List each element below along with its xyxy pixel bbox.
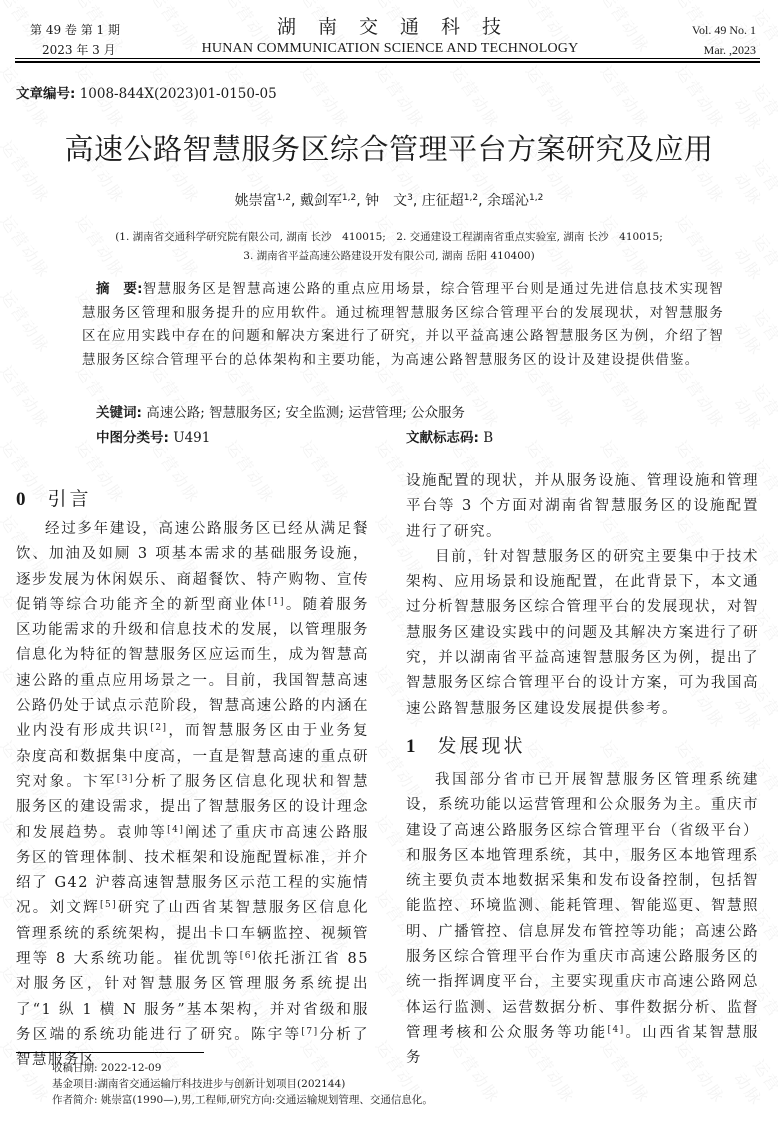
journal-name-cn: 湖南交通科技: [195, 14, 585, 40]
paragraph: 目前，针对智慧服务区的研究主要集中于技术架构、应用场景和设施配置，在此背景下，本…: [406, 545, 759, 722]
section-number: 1: [406, 736, 416, 757]
clc-label: 中图分类号:: [96, 430, 169, 446]
citation-ref[interactable]: [1]: [268, 597, 285, 607]
citation-ref[interactable]: [3]: [117, 774, 134, 784]
body-column-right-top: 设施配置的现状，并从服务设施、管理设施和管理平台等 3 个方面对湖南省智慧服务区…: [406, 469, 759, 722]
watermark-text: 运营动脉: [146, 435, 206, 507]
affiliation-line: (1. 湖南省交通科学研究院有限公司, 湖南 长沙 410015; 2. 交通建…: [0, 228, 778, 247]
keywords-label: 关键词:: [96, 405, 142, 421]
author: 戴剑军: [300, 193, 342, 209]
received-date: 收稿日期: 2022-12-09: [52, 1060, 433, 1076]
journal-name-en: HUNAN COMMUNICATION SCIENCE AND TECHNOLO…: [195, 40, 585, 58]
author: 余瑶沁: [487, 193, 529, 209]
volume-issue: 第 49 卷 第 1 期: [30, 20, 120, 40]
watermark-text: 运营动脉: [296, 435, 356, 507]
watermark-text: 运营动脉: [671, 60, 731, 132]
watermark-text: 运营动脉: [371, 60, 431, 132]
citation-ref[interactable]: [6]: [240, 951, 257, 961]
abstract-text: 智慧服务区是智慧高速公路的重点应用场景，综合管理平台则是通过先进信息技术实现智慧…: [82, 281, 724, 368]
citation-ref[interactable]: [4]: [167, 825, 184, 835]
journal-volume-en: Vol. 49 No. 1 Mar. ,2023: [692, 20, 756, 60]
paragraph: 经过多年建设，高速公路服务区已经从满足餐饮、加油及如厕 3 项基本需求的基础服务…: [16, 517, 369, 1074]
abstract: 摘 要:智慧服务区是智慧高速公路的重点应用场景，综合管理平台则是通过先进信息技术…: [82, 278, 724, 372]
paragraph: 我国部分省市已开展智慧服务区管理系统建设，系统功能以运营管理和公众服务为主。重庆…: [406, 768, 759, 1072]
article-number-label: 文章编号:: [16, 86, 75, 102]
keywords: 关键词: 高速公路; 智慧服务区; 安全监测; 运营管理; 公众服务: [96, 401, 465, 421]
article-number: 文章编号: 1008-844X(2023)01-0150-05: [16, 82, 277, 102]
section-number: 0: [16, 489, 26, 510]
watermark-text: 运营动脉: [0, 360, 56, 432]
watermark-text: 运营动脉: [0, 285, 56, 357]
section-title: 发展现状: [438, 735, 526, 757]
author-affiliation-mark: 1,2: [529, 193, 543, 203]
author-bio: 作者简介: 姚崇富(1990—),男,工程师,研究方向:交通运输规划管理、交通信…: [52, 1092, 433, 1108]
date-en: Mar. ,2023: [692, 40, 756, 60]
author-affiliation-mark: 1,2: [342, 193, 356, 203]
header-rule-thick: [15, 61, 760, 63]
author: 姚崇富: [235, 193, 277, 209]
header-rule-thin: [15, 58, 760, 59]
section-title: 引言: [48, 488, 92, 510]
watermark-text: 运营动脉: [221, 435, 281, 507]
author-affiliation-mark: 3: [407, 193, 413, 203]
classification: 中图分类号: U491 文献标志码: B: [96, 426, 596, 446]
watermark-text: 运营动脉: [729, 379, 778, 437]
watermark-text: 运营动脉: [729, 304, 778, 362]
author-affiliation-mark: 1,2: [277, 193, 291, 203]
footnotes: 收稿日期: 2022-12-09 基金项目:湖南省交通运输厅科技进步与创新计划项…: [52, 1060, 433, 1108]
fund-project: 基金项目:湖南省交通运输厅科技进步与创新计划项目(202144): [52, 1076, 433, 1092]
author: 庄征超: [422, 193, 464, 209]
footnote-rule: [16, 1052, 204, 1053]
paragraph: 设施配置的现状，并从服务设施、管理设施和管理平台等 3 个方面对湖南省智慧服务区…: [406, 469, 759, 545]
body-column-right-bottom: 我国部分省市已开展智慧服务区管理系统建设，系统功能以运营管理和公众服务为主。重庆…: [406, 768, 759, 1072]
watermark-text: 运营动脉: [596, 60, 656, 132]
watermark-text: 运营动脉: [521, 60, 581, 132]
body-text: 。随着服务区功能需求的升级和信息技术的发展，以管理服务信息化为特征的智慧服务区应…: [16, 597, 369, 739]
body-text: 我国部分省市已开展智慧服务区管理系统建设，系统功能以运营管理和公众服务为主。重庆…: [406, 772, 759, 1041]
keywords-value: 高速公路; 智慧服务区; 安全监测; 运营管理; 公众服务: [142, 405, 465, 421]
watermark-text: 运营动脉: [596, 0, 656, 58]
citation-ref[interactable]: [5]: [100, 900, 117, 910]
citation-ref[interactable]: [7]: [301, 1027, 318, 1037]
issue-date: 2023 年 3 月: [30, 40, 120, 60]
doc-code-label: 文献标志码:: [406, 430, 479, 446]
journal-name: 湖南交通科技 HUNAN COMMUNICATION SCIENCE AND T…: [195, 14, 585, 58]
journal-issue-info: 第 49 卷 第 1 期 2023 年 3 月: [30, 20, 120, 60]
watermark-text: 运营动脉: [446, 60, 506, 132]
section-heading-status: 1发展现状: [406, 731, 526, 762]
article-number-value: 1008-844X(2023)01-0150-05: [75, 86, 276, 102]
author: 钟 文: [365, 193, 407, 209]
watermark-text: 运营动脉: [296, 60, 356, 132]
citation-ref[interactable]: [4]: [607, 1025, 624, 1035]
citation-ref[interactable]: [2]: [150, 723, 167, 733]
affiliation-line: 3. 湖南省平益高速公路建设开发有限公司, 湖南 岳阳 410400): [0, 247, 778, 266]
clc-value: U491: [169, 430, 210, 446]
section-heading-introduction: 0引言: [16, 484, 92, 515]
abstract-label: 摘 要:: [96, 281, 143, 297]
author-list: 姚崇富1,2, 戴剑军1,2, 钟 文3, 庄征超1,2, 余瑶沁1,2: [0, 190, 778, 210]
volume-no-en: Vol. 49 No. 1: [692, 20, 756, 40]
body-column-left: 经过多年建设，高速公路服务区已经从满足餐饮、加油及如厕 3 项基本需求的基础服务…: [16, 517, 369, 1074]
author-affiliation-mark: 1,2: [464, 193, 478, 203]
affiliations: (1. 湖南省交通科学研究院有限公司, 湖南 长沙 410015; 2. 交通建…: [0, 228, 778, 266]
doc-code-value: B: [479, 430, 493, 446]
paper-title: 高速公路智慧服务区综合管理平台方案研究及应用: [0, 127, 778, 168]
